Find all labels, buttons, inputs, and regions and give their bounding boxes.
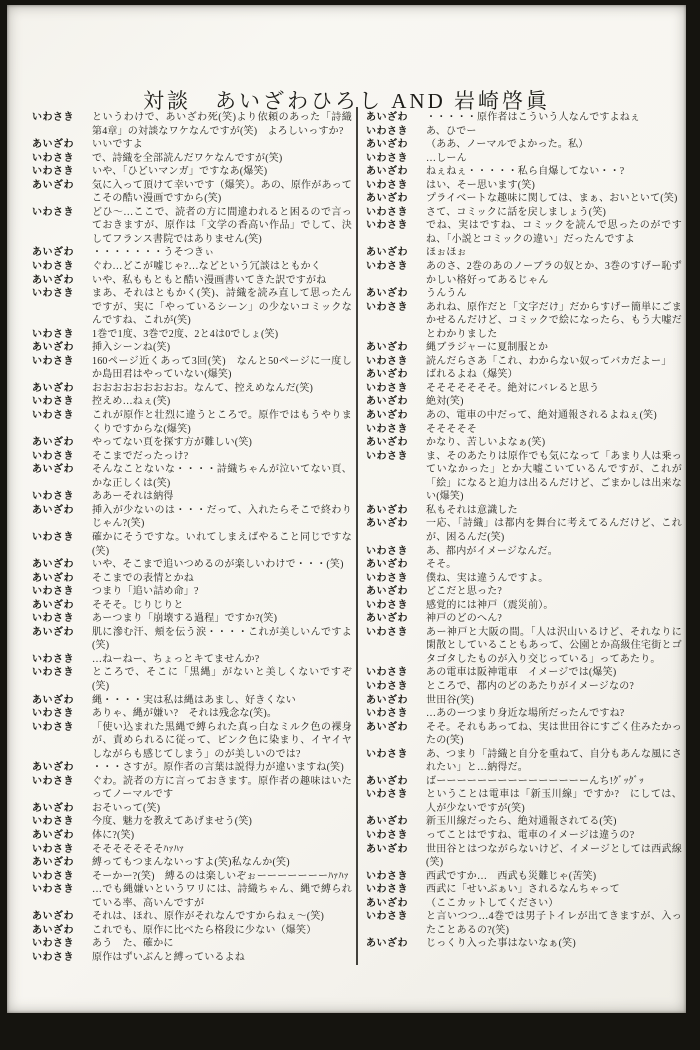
dialogue-row: あいざわ一応、「詩織」は都内を舞台に考えてるんだけど、これが、困るんだ(笑) — [366, 517, 682, 544]
dialogue-text: いや、そこまで追いつめるのが楽しいわけで・・・(笑) — [92, 558, 352, 572]
dialogue-row: あいざわそそ。それもあってね、実は世田谷にすごく住みたかったの(笑) — [366, 721, 682, 748]
dialogue-text: プライベートな趣味に関しては、まぁ、おいといて(笑) — [426, 192, 682, 206]
speaker-label: いわさき — [32, 843, 82, 857]
speaker-label: あいざわ — [366, 721, 416, 735]
dialogue-text: いや、「ひどいマンガ」ですなあ(爆笑) — [92, 165, 352, 179]
dialogue-text: あう た、確かに — [92, 937, 352, 951]
speaker-label: あいざわ — [366, 775, 416, 789]
dialogue-text: いいですよ — [92, 138, 352, 152]
dialogue-row: いわさきというわけで、あいざわ死(笑)より依頼のあった「詩織第4章」の対談なワケ… — [32, 111, 352, 138]
speaker-label: あいざわ — [366, 192, 416, 206]
speaker-label: いわさき — [32, 490, 82, 504]
dialogue-text: あ、ひでー — [426, 125, 682, 139]
dialogue-row: いわさき原作はずいぶんと縛っているよね — [32, 951, 352, 965]
speaker-label: いわさき — [32, 707, 82, 721]
dialogue-row: あいざわどこだと思った? — [366, 585, 682, 599]
speaker-label: いわさき — [32, 409, 82, 423]
speaker-label: いわさき — [366, 680, 416, 694]
dialogue-column-left: いわさきというわけで、あいざわ死(笑)より依頼のあった「詩織第4章」の対談なワケ… — [32, 111, 352, 964]
dialogue-text: 僕ね、実は違うんですよ。 — [426, 572, 682, 586]
dialogue-row: いわさきあう た、確かに — [32, 937, 352, 951]
dialogue-text: どこだと思った? — [426, 585, 682, 599]
speaker-label: いわさき — [32, 355, 82, 369]
dialogue-row: いわさきいや、「ひどいマンガ」ですなあ(爆笑) — [32, 165, 352, 179]
speaker-label: いわさき — [366, 382, 416, 396]
speaker-label: あいざわ — [366, 612, 416, 626]
speaker-label: あいざわ — [366, 585, 416, 599]
dialogue-row: いわさきぐわ。読者の方に言っておきます。原作者の趣味はいたってノーマルです — [32, 775, 352, 802]
dialogue-text: と言いつつ…4巻では男子トイレが出てきますが、入ったことあるの?(笑) — [426, 910, 682, 937]
dialogue-row: いわさきあのさ、2巻のあのノーブラの奴とか、3巻のすげー恥ずかしい格好ってあるじ… — [366, 260, 682, 287]
dialogue-row: あいざわ気に入って頂けて幸いです（爆笑）。あの、原作があってこその酷い漫画ですか… — [32, 179, 352, 206]
dialogue-text: 私もそれは意識した — [426, 504, 682, 518]
dialogue-row: いわさき西武に「せいぶぁい」されるなんちゃって — [366, 883, 682, 897]
dialogue-row: あいざわねぇねぇ・・・・・私ら自爆してない・・? — [366, 165, 682, 179]
dialogue-text: そそそそそそそ。絶対にバレると思う — [426, 382, 682, 396]
dialogue-text: 縛ってもつまんないっすよ(笑)私なんか(笑) — [92, 856, 352, 870]
speaker-label: いわさき — [32, 531, 82, 545]
dialogue-text: ところで、そこに「黒縄」がないと美しくないですぞ(笑) — [92, 666, 352, 693]
dialogue-row: いわさき160ページ近くあって3回(笑) なんと50ページに一度しか島田君はやっ… — [32, 355, 352, 382]
dialogue-text: そーかー?(笑) 縛るのは楽しいぞぉーーーーーーーﾊｧﾊｧ — [92, 870, 352, 884]
dialogue-row: いわさき感覚的には神戸（震災前）。 — [366, 599, 682, 613]
dialogue-row: いわさきあー神戸と大阪の間。「人は沢山いるけど、それなりに閑散としていることもあ… — [366, 626, 682, 667]
dialogue-text: 世田谷(笑) — [426, 694, 682, 708]
dialogue-text: ところで、都内のどのあたりがイメージなの? — [426, 680, 682, 694]
speaker-label: あいざわ — [366, 165, 416, 179]
dialogue-text: ということは電車は「新玉川線」ですか? にしては、人が少ないですが(笑) — [426, 788, 682, 815]
dialogue-row: あいざわいいですよ — [32, 138, 352, 152]
speaker-label: いわさき — [32, 721, 82, 735]
speaker-label: いわさき — [366, 545, 416, 559]
dialogue-row: いわさき今度、魅力を教えてあげませう(笑) — [32, 815, 352, 829]
dialogue-row: あいざわそれは、ほれ、原作がそれなんですからねぇ〜(笑) — [32, 910, 352, 924]
speaker-label: あいざわ — [32, 626, 82, 640]
dialogue-row: いわさきありゃ、縄が嫌い? それは残念な(笑)。 — [32, 707, 352, 721]
dialogue-row: いわさきどひ〜…ここで、読者の方に間違われると困るので言っておきますが、原作は「… — [32, 206, 352, 247]
dialogue-text: はい、そー思います(笑) — [426, 179, 682, 193]
dialogue-row: いわさき西武ですか… 西武も災難じゃ(苦笑) — [366, 870, 682, 884]
speaker-label: いわさき — [366, 260, 416, 274]
dialogue-row: いわさき控えめ…ねぇ(笑) — [32, 395, 352, 409]
dialogue-row: あいざわプライベートな趣味に関しては、まぁ、おいといて(笑) — [366, 192, 682, 206]
dialogue-text: ・・・・・原作者はこういう人なんですよねぇ — [426, 111, 682, 125]
dialogue-row: あいざわ・・・・・原作者はこういう人なんですよねぇ — [366, 111, 682, 125]
dialogue-row: いわさきこれが原作と壮烈に違うところで。原作ではもうやりまくりですからな(爆笑) — [32, 409, 352, 436]
dialogue-text: これが原作と壮烈に違うところで。原作ではもうやりまくりですからな(爆笑) — [92, 409, 352, 436]
speaker-label: あいざわ — [32, 504, 82, 518]
dialogue-text: 西武ですか… 西武も災難じゃ(苦笑) — [426, 870, 682, 884]
dialogue-row: いわさきそこまでだったっけ? — [32, 450, 352, 464]
dialogue-row: いわさきあれね、原作だと「文字だけ」だからすげー簡単にごまかせるんだけど、コミッ… — [366, 301, 682, 342]
speaker-label: あいざわ — [32, 694, 82, 708]
dialogue-text: 絶対(笑) — [426, 395, 682, 409]
dialogue-row: あいざわうんうん — [366, 287, 682, 301]
speaker-label: いわさき — [366, 572, 416, 586]
dialogue-text: あー神戸と大阪の間。「人は沢山いるけど、それなりに閑散としていることもあって、公… — [426, 626, 682, 667]
speaker-label: いわさき — [32, 328, 82, 342]
dialogue-text: あれね、原作だと「文字だけ」だからすげー簡単にごまかせるんだけど、コミックで絵に… — [426, 301, 682, 342]
dialogue-text: …あのーつまり身近な場所だったんですね? — [426, 707, 682, 721]
speaker-label: あいざわ — [366, 341, 416, 355]
dialogue-row: あいざわこれでも、原作に比べたら格段に少ない（爆笑） — [32, 924, 352, 938]
speaker-label: あいざわ — [366, 436, 416, 450]
dialogue-column-right: あいざわ・・・・・原作者はこういう人なんですよねぇいわさきあ、ひでーあいざわ（あ… — [366, 111, 682, 951]
dialogue-text: ま、そのあたりは原作でも気になって「あまり人は乗っていなかった」とか大嘘こいてい… — [426, 450, 682, 504]
speaker-label: あいざわ — [32, 274, 82, 288]
dialogue-text: 今度、魅力を教えてあげませう(笑) — [92, 815, 352, 829]
dialogue-text: あのさ、2巻のあのノーブラの奴とか、3巻のすげー恥ずかしい格好ってあるじゃん — [426, 260, 682, 287]
dialogue-row: いわさきそーかー?(笑) 縛るのは楽しいぞぉーーーーーーーﾊｧﾊｧ — [32, 870, 352, 884]
speaker-label: あいざわ — [366, 897, 416, 911]
speaker-label: あいざわ — [366, 504, 416, 518]
dialogue-text: 原作はずいぶんと縛っているよね — [92, 951, 352, 965]
dialogue-text: （ああ、ノーマルでよかった。私） — [426, 138, 682, 152]
column-divider — [356, 107, 358, 965]
dialogue-text: そそ。それもあってね、実は世田谷にすごく住みたかったの(笑) — [426, 721, 682, 748]
dialogue-row: いわさきそそそそそそそﾊｧﾊｧ — [32, 843, 352, 857]
speaker-label: あいざわ — [366, 409, 416, 423]
speaker-label: あいざわ — [32, 341, 82, 355]
speaker-label: いわさき — [366, 883, 416, 897]
speaker-label: いわさき — [366, 870, 416, 884]
dialogue-row: いわさき1巻で1度、3巻で2度、2と4は0でしょ(笑) — [32, 328, 352, 342]
dialogue-text: これでも、原作に比べたら格段に少ない（爆笑） — [92, 924, 352, 938]
speaker-label: いわさき — [366, 125, 416, 139]
speaker-label: あいざわ — [32, 138, 82, 152]
speaker-label: あいざわ — [366, 368, 416, 382]
dialogue-row: いわさきはい、そー思います(笑) — [366, 179, 682, 193]
dialogue-row: あいざわ肌に滲む汗、頬を伝う涙・・・・これが美しいんですよ(笑) — [32, 626, 352, 653]
dialogue-row: いわさき…しーん — [366, 152, 682, 166]
speaker-label: いわさき — [366, 788, 416, 802]
speaker-label: あいざわ — [366, 815, 416, 829]
speaker-label: いわさき — [32, 165, 82, 179]
dialogue-row: あいざわばーーーーーーーーーーーーーーーんち!ｸﾞｯｸﾞｯ — [366, 775, 682, 789]
dialogue-text: ぐわ。読者の方に言っておきます。原作者の趣味はいたってノーマルです — [92, 775, 352, 802]
dialogue-text: 控えめ…ねぇ(笑) — [92, 395, 352, 409]
dialogue-row: あいざわいや、そこまで追いつめるのが楽しいわけで・・・(笑) — [32, 558, 352, 572]
dialogue-text: ・・・・・・・うそつきぃ — [92, 246, 352, 260]
speaker-label: あいざわ — [32, 436, 82, 450]
dialogue-row: あいざわ縄・・・・実は私は縄はあまし、好きくない — [32, 694, 352, 708]
dialogue-row: あいざわおそいって(笑) — [32, 802, 352, 816]
dialogue-text: うんうん — [426, 287, 682, 301]
dialogue-text: 読んだらさあ「これ、わからない奴ってバカだよー」 — [426, 355, 682, 369]
speaker-label: いわさき — [32, 260, 82, 274]
dialogue-text: 体に?(笑) — [92, 829, 352, 843]
speaker-label: あいざわ — [32, 599, 82, 613]
dialogue-row: あいざわ新玉川線だったら、絶対通報されてる(笑) — [366, 815, 682, 829]
dialogue-row: あいざわほぉほぉ — [366, 246, 682, 260]
speaker-label: いわさき — [366, 707, 416, 721]
dialogue-text: 気に入って頂けて幸いです（爆笑）。あの、原作があってこその酷い漫画ですから(笑) — [92, 179, 352, 206]
dialogue-text: 「使い込まれた黒縄で縛られた真っ白なミルク色の裸身が、責められるに従って、ピンク… — [92, 721, 352, 762]
dialogue-text: ぐわ…どこが嘘じゃ?…などという冗談はともかく — [92, 260, 352, 274]
speaker-label: いわさき — [366, 219, 416, 233]
speaker-label: あいざわ — [32, 463, 82, 477]
dialogue-text: あの、電車の中だって、絶対通報されるよねぇ(笑) — [426, 409, 682, 423]
speaker-label: いわさき — [366, 423, 416, 437]
dialogue-row: いわさきあ、都内がイメージなんだ。 — [366, 545, 682, 559]
dialogue-row: あいざわ世田谷(笑) — [366, 694, 682, 708]
speaker-label: あいざわ — [366, 138, 416, 152]
dialogue-text: 挿入シーンね(笑) — [92, 341, 352, 355]
speaker-label: いわさき — [32, 395, 82, 409]
speaker-label: あいざわ — [32, 802, 82, 816]
speaker-label: いわさき — [366, 666, 416, 680]
dialogue-row: あいざわ世田谷とはつながらないけど、イメージとしては西武線(笑) — [366, 843, 682, 870]
dialogue-row: いわさき読んだらさあ「これ、わからない奴ってバカだよー」 — [366, 355, 682, 369]
dialogue-row: いわさきそそそそそ — [366, 423, 682, 437]
dialogue-text: 挿入が少ないのは・・・だって、入れたらそこで終わりじゃん?(笑) — [92, 504, 352, 531]
speaker-label: あいざわ — [366, 287, 416, 301]
dialogue-text: いや、私ももともと酷い漫画書いてきた訳ですがね — [92, 274, 352, 288]
dialogue-text: 確かにそうですな。いれてしまえばやること同じですな(笑) — [92, 531, 352, 558]
dialogue-row: いわさきあの電車は阪神電車 イメージでは(爆笑) — [366, 666, 682, 680]
dialogue-text: で、詩織を全部読んだワケなんですが(笑) — [92, 152, 352, 166]
speaker-label: あいざわ — [32, 558, 82, 572]
speaker-label: いわさき — [366, 748, 416, 762]
speaker-label: あいざわ — [32, 856, 82, 870]
dialogue-row: あいざわそそそ。じりじりと — [32, 599, 352, 613]
dialogue-row: いわさきつまり「追い詰め命」? — [32, 585, 352, 599]
dialogue-row: いわさきま、そのあたりは原作でも気になって「あまり人は乗っていなかった」とか大嘘… — [366, 450, 682, 504]
dialogue-text: 160ページ近くあって3回(笑) なんと50ページに一度しか島田君はやっていない… — [92, 355, 352, 382]
speaker-label: あいざわ — [32, 910, 82, 924]
speaker-label: あいざわ — [366, 558, 416, 572]
speaker-label: あいざわ — [366, 843, 416, 857]
speaker-label: いわさき — [32, 450, 82, 464]
dialogue-text: さて、コミックに話を戻しましょう(笑) — [426, 206, 682, 220]
dialogue-row: いわさき…でも縄嫌いというワリには、詩織ちゃん、縄で縛られている率、高いんですが — [32, 883, 352, 910]
dialogue-text: そこまでの表情とかね — [92, 572, 352, 586]
dialogue-text: やってない頁を探す方が難しい(笑) — [92, 436, 352, 450]
dialogue-row: いわさき確かにそうですな。いれてしまえばやること同じですな(笑) — [32, 531, 352, 558]
dialogue-row: あいざわばれるよね（爆笑） — [366, 368, 682, 382]
speaker-label: あいざわ — [32, 382, 82, 396]
dialogue-row: あいざわ絶対(笑) — [366, 395, 682, 409]
speaker-label: あいざわ — [32, 761, 82, 775]
speaker-label: あいざわ — [32, 246, 82, 260]
dialogue-text: じっくり入った事はないなぁ(笑) — [426, 937, 682, 951]
speaker-label: いわさき — [32, 206, 82, 220]
dialogue-text: ばれるよね（爆笑） — [426, 368, 682, 382]
speaker-label: あいざわ — [366, 937, 416, 951]
speaker-label: いわさき — [32, 815, 82, 829]
speaker-label: あいざわ — [32, 924, 82, 938]
dialogue-row: いわさきと言いつつ…4巻では男子トイレが出てきますが、入ったことあるの?(笑) — [366, 910, 682, 937]
dialogue-text: 神戸のどのへん? — [426, 612, 682, 626]
dialogue-row: いわさきまあ、それはともかく(笑)、詩織を読み直して思ったんですが、実に「やって… — [32, 287, 352, 328]
dialogue-text: 縄・・・・実は私は縄はあまし、好きくない — [92, 694, 352, 708]
scanned-page: 対談 あいざわひろし AND 岩崎啓眞 いわさきというわけで、あいざわ死(笑)よ… — [7, 5, 686, 1013]
speaker-label: いわさき — [366, 599, 416, 613]
speaker-label: あいざわ — [366, 694, 416, 708]
speaker-label: いわさき — [366, 910, 416, 924]
speaker-label: いわさき — [366, 829, 416, 843]
dialogue-row: あいざわ縄ブラジャーに夏制服とか — [366, 341, 682, 355]
dialogue-text: あの電車は阪神電車 イメージでは(爆笑) — [426, 666, 682, 680]
dialogue-text: まあ、それはともかく(笑)、詩織を読み直して思ったんですが、実に「やっているシー… — [92, 287, 352, 328]
dialogue-row: いわさきでね、実はですね、コミックを読んで思ったのがですね、「小説とコミックの違… — [366, 219, 682, 246]
dialogue-text: ・・・さすが。原作者の言葉は説得力が違いますね(笑) — [92, 761, 352, 775]
speaker-label: いわさき — [366, 179, 416, 193]
dialogue-row: いわさきさて、コミックに話を戻しましょう(笑) — [366, 206, 682, 220]
speaker-label: いわさき — [366, 626, 416, 640]
dialogue-text: ありゃ、縄が嫌い? それは残念な(笑)。 — [92, 707, 352, 721]
speaker-label: あいざわ — [366, 111, 416, 125]
dialogue-text: （ここカットしてください） — [426, 897, 682, 911]
speaker-label: いわさき — [32, 666, 82, 680]
dialogue-text: おおおおおおおおお。なんて、控えめなんだ(笑) — [92, 382, 352, 396]
dialogue-row: あいざわ神戸のどのへん? — [366, 612, 682, 626]
dialogue-row: あいざわ私もそれは意識した — [366, 504, 682, 518]
dialogue-text: ほぉほぉ — [426, 246, 682, 260]
speaker-label: いわさき — [32, 111, 82, 125]
speaker-label: あいざわ — [366, 246, 416, 260]
speaker-label: いわさき — [32, 870, 82, 884]
speaker-label: いわさき — [32, 951, 82, 965]
dialogue-row: いわさき…あのーつまり身近な場所だったんですね? — [366, 707, 682, 721]
dialogue-text: そそそそそそそﾊｧﾊｧ — [92, 843, 352, 857]
dialogue-row: あいざわ（ここカットしてください） — [366, 897, 682, 911]
dialogue-text: ってことはですね、電車のイメージは違うの? — [426, 829, 682, 843]
speaker-label: いわさき — [366, 450, 416, 464]
dialogue-text: つまり「追い詰め命」? — [92, 585, 352, 599]
speaker-label: いわさき — [32, 653, 82, 667]
speaker-label: いわさき — [32, 775, 82, 789]
dialogue-row: いわさきそそそそそそそ。絶対にバレると思う — [366, 382, 682, 396]
dialogue-text: でね、実はですね、コミックを読んで思ったのがですね、「小説とコミックの違い」だっ… — [426, 219, 682, 246]
dialogue-row: いわさきということは電車は「新玉川線」ですか? にしては、人が少ないですが(笑) — [366, 788, 682, 815]
dialogue-row: あいざわ縛ってもつまんないっすよ(笑)私なんか(笑) — [32, 856, 352, 870]
dialogue-row: いわさきところで、都内のどのあたりがイメージなの? — [366, 680, 682, 694]
speaker-label: あいざわ — [32, 829, 82, 843]
dialogue-text: 1巻で1度、3巻で2度、2と4は0でしょ(笑) — [92, 328, 352, 342]
speaker-label: あいざわ — [32, 179, 82, 193]
dialogue-row: いわさきあ、ひでー — [366, 125, 682, 139]
dialogue-row: あいざわかなり、苦しいよなぁ(笑) — [366, 436, 682, 450]
speaker-label: いわさき — [366, 301, 416, 315]
dialogue-text: というわけで、あいざわ死(笑)より依頼のあった「詩織第4章」の対談なワケなんです… — [92, 111, 352, 138]
dialogue-text: 感覚的には神戸（震災前）。 — [426, 599, 682, 613]
speaker-label: あいざわ — [366, 517, 416, 531]
dialogue-row: あいざわそこまでの表情とかね — [32, 572, 352, 586]
dialogue-text: 新玉川線だったら、絶対通報されてる(笑) — [426, 815, 682, 829]
dialogue-text: 肌に滲む汗、頬を伝う涙・・・・これが美しいんですよ(笑) — [92, 626, 352, 653]
speaker-label: いわさき — [32, 883, 82, 897]
dialogue-text: …でも縄嫌いというワリには、詩織ちゃん、縄で縛られている率、高いんですが — [92, 883, 352, 910]
dialogue-text: ばーーーーーーーーーーーーーーーんち!ｸﾞｯｸﾞｯ — [426, 775, 682, 789]
dialogue-text: …ねーねー、ちょっとキてませんか? — [92, 653, 352, 667]
speaker-label: いわさき — [366, 355, 416, 369]
dialogue-text: かなり、苦しいよなぁ(笑) — [426, 436, 682, 450]
dialogue-row: いわさきってことはですね、電車のイメージは違うの? — [366, 829, 682, 843]
speaker-label: いわさき — [32, 287, 82, 301]
dialogue-text: どひ〜…ここで、読者の方に間違われると困るので言っておきますが、原作は「文学の香… — [92, 206, 352, 247]
dialogue-row: いわさきあーつまり「崩壊する過程」ですか?(笑) — [32, 612, 352, 626]
dialogue-row: あいざわじっくり入った事はないなぁ(笑) — [366, 937, 682, 951]
dialogue-row: あいざわ体に?(笑) — [32, 829, 352, 843]
speaker-label: いわさき — [32, 937, 82, 951]
dialogue-text: あ、つまり「詩織と自分を重ねて、自分もあんな風にされたい」と…納得だ。 — [426, 748, 682, 775]
dialogue-text: ねぇねぇ・・・・・私ら自爆してない・・? — [426, 165, 682, 179]
speaker-label: いわさき — [32, 585, 82, 599]
dialogue-text: そそそ。じりじりと — [92, 599, 352, 613]
dialogue-text: ああーそれは納得 — [92, 490, 352, 504]
dialogue-row: あいざわ（ああ、ノーマルでよかった。私） — [366, 138, 682, 152]
dialogue-text: そそそそそ — [426, 423, 682, 437]
dialogue-row: あいざわおおおおおおおおお。なんて、控えめなんだ(笑) — [32, 382, 352, 396]
speaker-label: いわさき — [366, 152, 416, 166]
dialogue-row: あいざわいや、私ももともと酷い漫画書いてきた訳ですがね — [32, 274, 352, 288]
dialogue-text: 縄ブラジャーに夏制服とか — [426, 341, 682, 355]
dialogue-text: あ、都内がイメージなんだ。 — [426, 545, 682, 559]
dialogue-row: あいざわそそ。 — [366, 558, 682, 572]
dialogue-row: あいざわそんなことないな・・・・詩織ちゃんが泣いてない頁、かな正しくは(笑) — [32, 463, 352, 490]
dialogue-text: おそいって(笑) — [92, 802, 352, 816]
dialogue-row: あいざわ挿入シーンね(笑) — [32, 341, 352, 355]
dialogue-row: いわさきところで、そこに「黒縄」がないと美しくないですぞ(笑) — [32, 666, 352, 693]
dialogue-row: いわさき「使い込まれた黒縄で縛られた真っ白なミルク色の裸身が、責められるに従って… — [32, 721, 352, 762]
speaker-label: いわさき — [366, 206, 416, 220]
dialogue-text: …しーん — [426, 152, 682, 166]
dialogue-row: いわさきああーそれは納得 — [32, 490, 352, 504]
speaker-label: あいざわ — [32, 572, 82, 586]
dialogue-text: あーつまり「崩壊する過程」ですか?(笑) — [92, 612, 352, 626]
dialogue-row: あいざわ・・・さすが。原作者の言葉は説得力が違いますね(笑) — [32, 761, 352, 775]
speaker-label: あいざわ — [366, 395, 416, 409]
dialogue-row: いわさき僕ね、実は違うんですよ。 — [366, 572, 682, 586]
dialogue-text: そこまでだったっけ? — [92, 450, 352, 464]
dialogue-text: それは、ほれ、原作がそれなんですからねぇ〜(笑) — [92, 910, 352, 924]
dialogue-row: あいざわやってない頁を探す方が難しい(笑) — [32, 436, 352, 450]
dialogue-row: いわさきあ、つまり「詩織と自分を重ねて、自分もあんな風にされたい」と…納得だ。 — [366, 748, 682, 775]
dialogue-row: いわさき…ねーねー、ちょっとキてませんか? — [32, 653, 352, 667]
speaker-label: いわさき — [32, 152, 82, 166]
dialogue-row: あいざわ・・・・・・・うそつきぃ — [32, 246, 352, 260]
dialogue-text: 一応、「詩織」は都内を舞台に考えてるんだけど、これが、困るんだ(笑) — [426, 517, 682, 544]
speaker-label: いわさき — [32, 612, 82, 626]
dialogue-row: いわさきで、詩織を全部読んだワケなんですが(笑) — [32, 152, 352, 166]
dialogue-text: そんなことないな・・・・詩織ちゃんが泣いてない頁、かな正しくは(笑) — [92, 463, 352, 490]
dialogue-text: 西武に「せいぶぁい」されるなんちゃって — [426, 883, 682, 897]
dialogue-row: あいざわあの、電車の中だって、絶対通報されるよねぇ(笑) — [366, 409, 682, 423]
dialogue-row: あいざわ挿入が少ないのは・・・だって、入れたらそこで終わりじゃん?(笑) — [32, 504, 352, 531]
dialogue-row: いわさきぐわ…どこが嘘じゃ?…などという冗談はともかく — [32, 260, 352, 274]
dialogue-text: そそ。 — [426, 558, 682, 572]
dialogue-text: 世田谷とはつながらないけど、イメージとしては西武線(笑) — [426, 843, 682, 870]
